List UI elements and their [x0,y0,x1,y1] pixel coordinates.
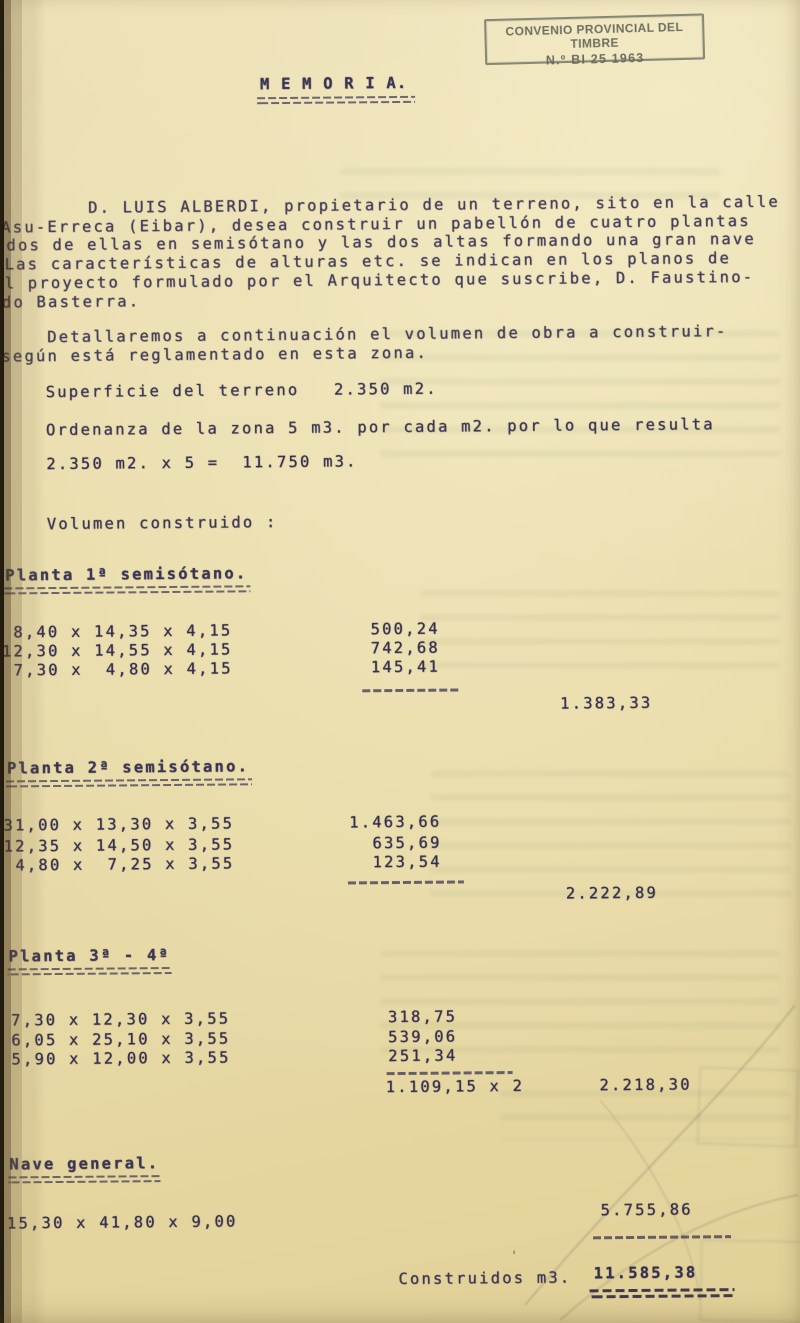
section-total-value: 2.222,89 [526,884,658,904]
surface-line: Superficie del terreno 2.350 m2. [46,380,438,402]
calc-row-formula: 5,90 x 12,00 x 3,55 [11,1048,230,1069]
tax-stamp: CONVENIO PROVINCIAL DEL TIMBRE N.º BI 25… [484,13,705,65]
total-separator [362,688,460,692]
calc-row-formula: 8,40 x 14,35 x 4,15 [2,621,233,642]
stamp-number: N.º BI 25 1963 [487,49,703,69]
calc-row-value: 145,41 [318,658,440,678]
total-separator [348,880,464,884]
section-heading: Planta 1ª semisótano. [5,564,247,585]
calc-row-formula: 12,30 x 14,55 x 4,15 [2,640,233,661]
subtotal-formula: 1.109,15 x 2 [386,1077,525,1097]
title-underline [257,96,415,104]
document-content: CONVENIO PROVINCIAL DEL TIMBRE N.º BI 25… [0,0,800,1323]
calc-row-value: 318,75 [335,1008,457,1028]
calc-row-value: 251,34 [335,1047,457,1067]
section-heading-underline [8,967,172,975]
stray-ink-mark: ' [510,1249,518,1264]
section-heading: Planta 3ª - 4ª [8,946,170,966]
grand-total-label: Construidos m3. [398,1269,571,1290]
intro-line: do Basterra. [2,292,141,312]
ordinance-line: Ordenanza de la zona 5 m3. por cada m2. … [46,415,715,440]
calc-line: 2.350 m2. x 5 = 11.750 m3. [46,452,358,474]
calc-row-value: 742,68 [318,639,440,659]
section-heading: Planta 2ª semisótano. [7,757,249,778]
stamp-text: CONVENIO PROVINCIAL DEL TIMBRE [486,19,703,53]
calc-row-formula: 6,05 x 25,10 x 3,55 [11,1029,230,1050]
section-heading-underline [6,778,252,787]
subtotal-overline [387,1071,513,1075]
calc-row-formula: 7,30 x 12,30 x 3,55 [11,1009,230,1030]
calc-row-value: 635,69 [320,834,442,854]
section-heading-underline [8,1175,160,1183]
detail-line: según está reglamentado en esta zona. [1,344,428,367]
calc-row-value: 5.755,86 [561,1200,693,1220]
section-total-value: 2.218,30 [560,1075,692,1095]
page-title: M E M O R I A. [260,74,408,94]
calc-row-formula: 12,35 x 14,50 x 3,55 [4,835,235,856]
calc-row-value: 539,06 [335,1028,457,1048]
section-heading: Nave general. [9,1154,159,1174]
grand-total-underline [589,1288,734,1298]
total-separator [593,1235,731,1239]
calc-row-value: 500,24 [318,620,440,640]
grand-total-value: 11.585,38 [555,1263,697,1283]
calc-row-formula: 4,80 x 7,25 x 3,55 [4,854,235,875]
calc-row-formula: 15,30 x 41,80 x 9,00 [7,1212,238,1233]
scanned-document-page: CONVENIO PROVINCIAL DEL TIMBRE N.º BI 25… [0,0,800,1323]
calc-row-value: 1.463,66 [319,813,441,833]
section-total-value: 1.383,33 [520,694,652,714]
section-heading-underline [4,585,250,594]
calc-row-formula: 31,00 x 13,30 x 3,55 [3,814,234,835]
volume-line: Volumen construido : [47,513,278,534]
calc-row-value: 123,54 [320,853,442,873]
calc-row-formula: 7,30 x 4,80 x 4,15 [2,659,233,680]
